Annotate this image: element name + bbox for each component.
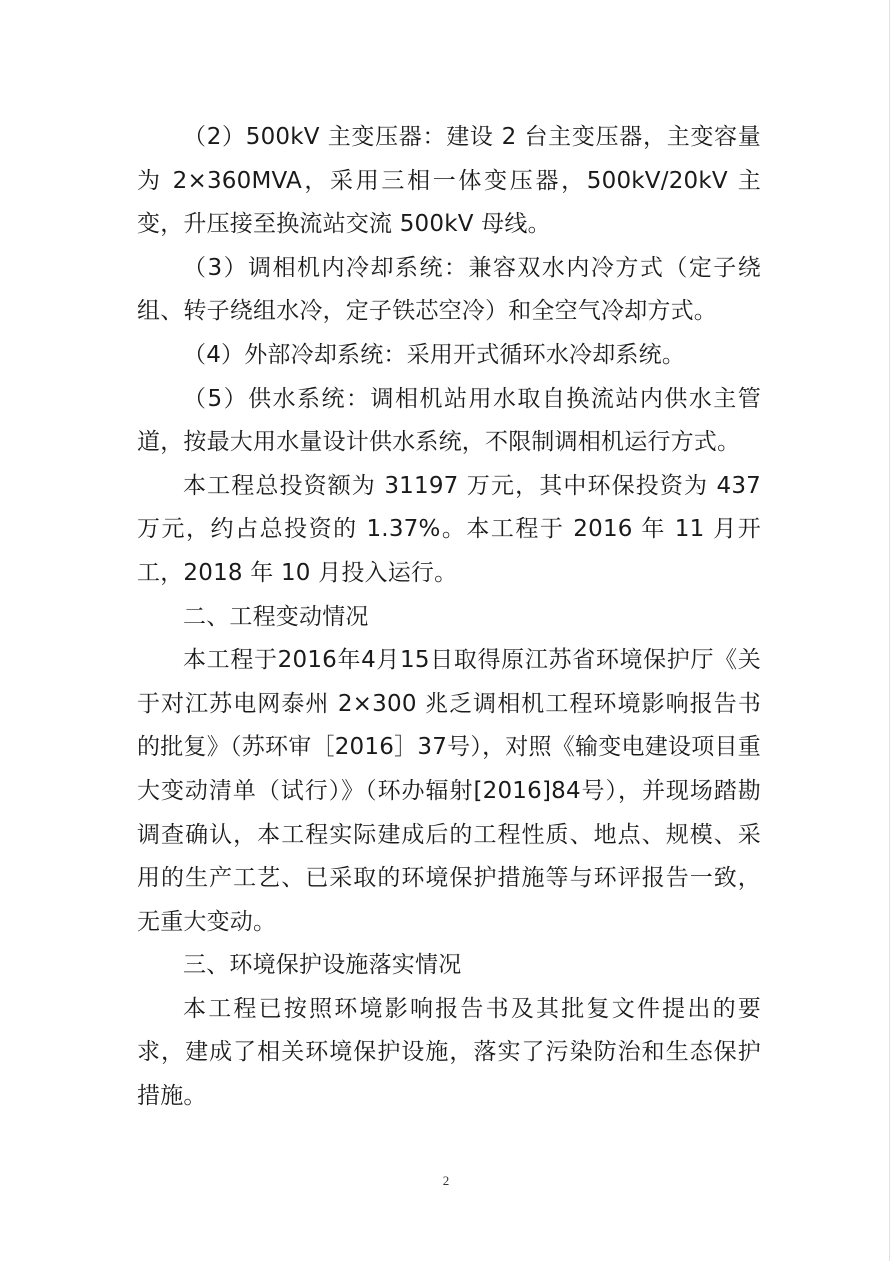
paragraph-investment: 本工程总投资额为 31197 万元，其中环保投资为 437 万元，约占总投资的 … <box>137 465 761 596</box>
page-edge-line <box>889 0 890 1261</box>
section-heading-project-changes: 二、工程变动情况 <box>137 596 761 640</box>
section-heading-env-facilities: 三、环境保护设施落实情况 <box>137 944 761 988</box>
paragraph-water-supply: （5）供水系统：调相机站用水取自换流站内供水主管道，按最大用水量设计供水系统，不… <box>137 378 761 465</box>
document-page: （2）500kV 主变压器：建设 2 台主变压器，主变容量为 2×360MVA，… <box>0 0 892 1261</box>
paragraph-external-cooling: （4）外部冷却系统：采用开式循环水冷却系统。 <box>137 334 761 378</box>
paragraph-main-transformer: （2）500kV 主变压器：建设 2 台主变压器，主变容量为 2×360MVA，… <box>137 116 761 247</box>
document-body: （2）500kV 主变压器：建设 2 台主变压器，主变容量为 2×360MVA，… <box>137 116 761 1119</box>
paragraph-project-changes: 本工程于2016年4月15日取得原江苏省环境保护厅《关于对江苏电网泰州 2×30… <box>137 639 761 944</box>
page-number: 2 <box>0 1173 892 1189</box>
paragraph-internal-cooling: （3）调相机内冷却系统：兼容双水内冷方式（定子绕组、转子绕组水冷，定子铁芯空冷）… <box>137 247 761 334</box>
paragraph-env-facilities: 本工程已按照环境影响报告书及其批复文件提出的要求，建成了相关环境保护设施，落实了… <box>137 988 761 1119</box>
